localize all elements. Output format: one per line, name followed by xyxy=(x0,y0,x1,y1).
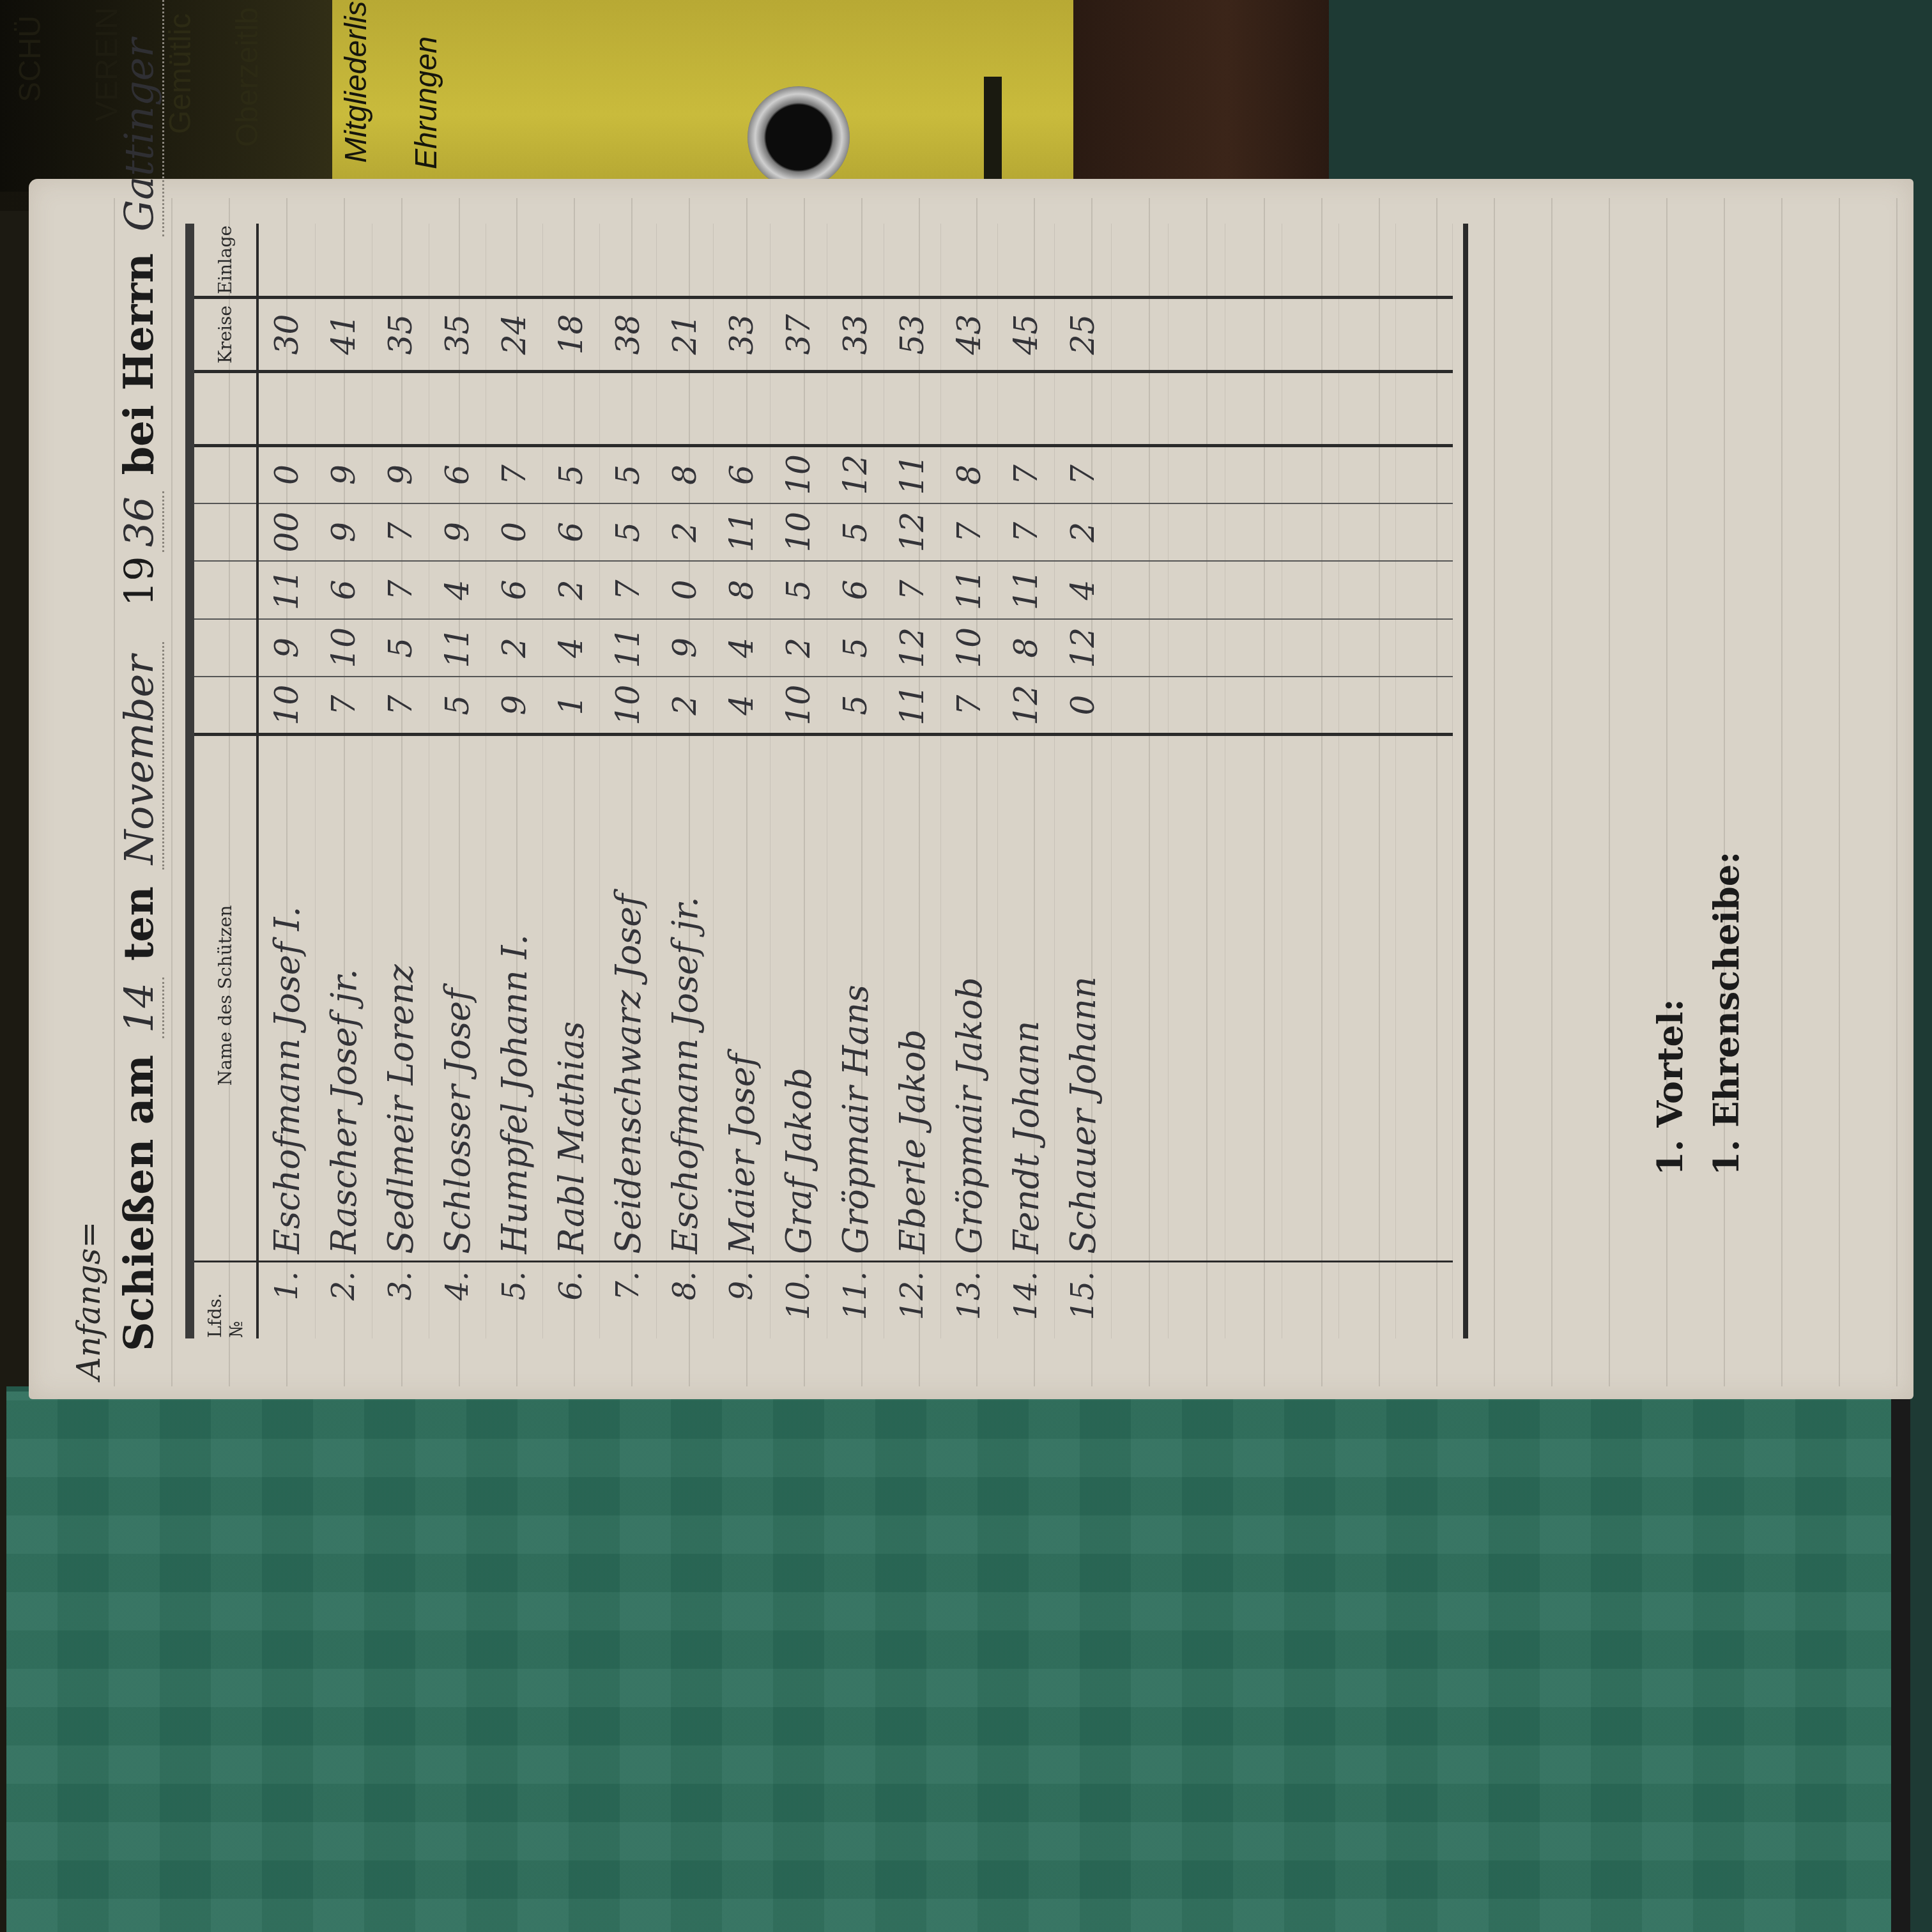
title-year-prefix: 19 xyxy=(116,556,162,606)
shooter-name: Humpfel Johann I. xyxy=(486,735,543,1262)
shot-score: 5 xyxy=(372,619,429,677)
title-day: 14 xyxy=(116,977,164,1038)
blank-cell xyxy=(372,371,429,445)
table-row: 2. Rascher Josef jr. 7 10 6 9 9 41 xyxy=(316,224,372,1338)
table-row: 11. Gröpmair Hans 5 5 6 5 12 33 xyxy=(827,224,884,1338)
shot-score: 10 xyxy=(770,503,827,562)
empty-row xyxy=(1169,224,1225,1338)
blank-cell xyxy=(429,371,486,445)
shot-score: 10 xyxy=(770,445,827,503)
einlage xyxy=(316,224,372,298)
table-bottom-rule xyxy=(1463,224,1468,1338)
summary-section: 1. Vortel: 1. Ehrenscheibe: xyxy=(1642,852,1754,1176)
binder-ring-hole-icon xyxy=(747,86,850,188)
shot-score: 00 xyxy=(257,503,316,562)
shot-score: 4 xyxy=(1055,561,1112,619)
row-number: 2. xyxy=(316,1261,372,1338)
shot-score: 5 xyxy=(827,619,884,677)
total-kreise: 43 xyxy=(941,298,998,372)
shot-score: 7 xyxy=(372,503,429,562)
blank-cell xyxy=(316,371,372,445)
shot-score: 10 xyxy=(316,619,372,677)
title-year-suffix: 36 xyxy=(116,491,164,552)
shot-score: 7 xyxy=(941,677,998,735)
shot-score: 7 xyxy=(998,503,1055,562)
shot-score: 9 xyxy=(316,503,372,562)
shooter-name: Seidenschwarz Josef xyxy=(600,735,657,1262)
blank-cell xyxy=(486,371,543,445)
shot-score: 11 xyxy=(714,503,770,562)
score-sheet: Anfangs= Schießen am 14 ten November 19 … xyxy=(57,198,1910,1386)
shot-score: 6 xyxy=(714,445,770,503)
row-number: 1. xyxy=(257,1261,316,1338)
binder-label: Oberzeitlb xyxy=(230,7,265,147)
shot-score: 11 xyxy=(884,445,941,503)
shot-score: 6 xyxy=(827,561,884,619)
shooter-name: Schlosser Josef xyxy=(429,735,486,1262)
empty-row xyxy=(1282,224,1339,1338)
shot-score: 9 xyxy=(657,619,714,677)
book-cover xyxy=(6,1386,1907,1932)
title-host-prefix: bei Herrn xyxy=(115,253,163,475)
shot-score: 6 xyxy=(486,561,543,619)
table-row: 14. Fendt Johann 12 8 11 7 7 45 xyxy=(998,224,1055,1338)
column-header-nr: Lfds. № xyxy=(190,1261,257,1338)
shot-score: 7 xyxy=(1055,445,1112,503)
shot-score: 0 xyxy=(486,503,543,562)
table-row: 5. Humpfel Johann I. 9 2 6 0 7 24 xyxy=(486,224,543,1338)
shooter-name: Fendt Johann xyxy=(998,735,1055,1262)
shot-score: 2 xyxy=(657,677,714,735)
binder-yellow xyxy=(332,0,1080,192)
empty-row xyxy=(1339,224,1396,1338)
title-host: Gattinger xyxy=(116,0,164,236)
shot-score: 9 xyxy=(316,445,372,503)
einlage xyxy=(543,224,600,298)
shot-score: 2 xyxy=(657,503,714,562)
table-row: 8. Eschofmann Josef jr. 2 9 0 2 8 21 xyxy=(657,224,714,1338)
shot-score: 11 xyxy=(998,561,1055,619)
shot-score: 7 xyxy=(600,561,657,619)
blank-cell xyxy=(998,371,1055,445)
shot-score: 6 xyxy=(429,445,486,503)
row-number: 6. xyxy=(543,1261,600,1338)
total-kreise: 38 xyxy=(600,298,657,372)
shot-score: 2 xyxy=(770,619,827,677)
table-row: 7. Seidenschwarz Josef 10 11 7 5 5 38 xyxy=(600,224,657,1338)
empty-row xyxy=(1112,224,1169,1338)
column-header-name: Name des Schützen xyxy=(190,735,257,1262)
shot-score: 2 xyxy=(1055,503,1112,562)
shot-score: 4 xyxy=(543,619,600,677)
total-kreise: 21 xyxy=(657,298,714,372)
shot-score: 0 xyxy=(1055,677,1112,735)
blank-cell xyxy=(714,371,770,445)
total-kreise: 35 xyxy=(372,298,429,372)
shooter-name: Sedlmeir Lorenz xyxy=(372,735,429,1262)
column-header-shot xyxy=(190,677,257,735)
shot-score: 7 xyxy=(998,445,1055,503)
column-header-shot xyxy=(190,503,257,562)
title-day-suffix: ten xyxy=(115,886,163,961)
ehrenscheibe-label: 1. Ehrenscheibe: xyxy=(1698,852,1754,1176)
total-kreise: 53 xyxy=(884,298,941,372)
binder-stripe xyxy=(984,77,1002,192)
shot-score: 7 xyxy=(941,503,998,562)
shot-score: 11 xyxy=(941,561,998,619)
teal-surface-edge xyxy=(1910,192,1932,1932)
row-number: 4. xyxy=(429,1261,486,1338)
empty-row xyxy=(1225,224,1282,1338)
total-kreise: 35 xyxy=(429,298,486,372)
blank-cell xyxy=(941,371,998,445)
shot-score: 7 xyxy=(486,445,543,503)
shot-score: 5 xyxy=(600,503,657,562)
shot-score: 8 xyxy=(714,561,770,619)
shot-score: 5 xyxy=(827,503,884,562)
shot-score: 5 xyxy=(543,445,600,503)
einlage xyxy=(657,224,714,298)
einlage xyxy=(770,224,827,298)
einlage xyxy=(827,224,884,298)
binder-label: Mitgliederlis xyxy=(339,1,374,163)
vortel-label: 1. Vortel: xyxy=(1642,852,1698,1176)
book-cover-edge xyxy=(1891,1386,1910,1932)
shot-score: 7 xyxy=(316,677,372,735)
shooter-name: Rabl Mathias xyxy=(543,735,600,1262)
column-header-shot xyxy=(190,445,257,503)
shot-score: 1 xyxy=(543,677,600,735)
blank-cell xyxy=(543,371,600,445)
shot-score: 11 xyxy=(600,619,657,677)
column-header-einlage: Einlage xyxy=(190,224,257,298)
row-number: 15. xyxy=(1055,1261,1112,1338)
row-number: 14. xyxy=(998,1261,1055,1338)
row-number: 12. xyxy=(884,1261,941,1338)
column-header-kreise: Kreise xyxy=(190,298,257,372)
shooter-name: Schauer Johann xyxy=(1055,735,1112,1262)
shot-score: 0 xyxy=(257,445,316,503)
shot-score: 12 xyxy=(1055,619,1112,677)
shooter-name: Gröpmair Hans xyxy=(827,735,884,1262)
shot-score: 12 xyxy=(884,503,941,562)
shot-score: 10 xyxy=(941,619,998,677)
shot-score: 11 xyxy=(257,561,316,619)
einlage xyxy=(884,224,941,298)
blank-cell xyxy=(770,371,827,445)
binder-label: Gemütlic xyxy=(163,13,198,134)
row-number: 7. xyxy=(600,1261,657,1338)
table-header: Lfds. № Name des Schützen Kreise Einlage xyxy=(190,224,257,1338)
row-number: 9. xyxy=(714,1261,770,1338)
total-kreise: 25 xyxy=(1055,298,1112,372)
table-row: 9. Maier Josef 4 4 8 11 6 33 xyxy=(714,224,770,1338)
shooter-name: Gröpmair Jakob xyxy=(941,735,998,1262)
einlage xyxy=(372,224,429,298)
handwritten-annotation: Anfangs= xyxy=(70,1222,107,1380)
column-header-blank xyxy=(190,371,257,445)
shot-score: 8 xyxy=(941,445,998,503)
row-number: 11. xyxy=(827,1261,884,1338)
shot-score: 2 xyxy=(486,619,543,677)
shot-score: 4 xyxy=(714,677,770,735)
shot-score: 0 xyxy=(657,561,714,619)
shot-score: 7 xyxy=(372,561,429,619)
table-row: 12. Eberle Jakob 11 12 7 12 11 53 xyxy=(884,224,941,1338)
shot-score: 9 xyxy=(257,619,316,677)
row-number: 5. xyxy=(486,1261,543,1338)
total-kreise: 30 xyxy=(257,298,316,372)
shot-score: 5 xyxy=(600,445,657,503)
sheet-title: Schießen am 14 ten November 19 36 bei He… xyxy=(115,201,179,1351)
total-kreise: 18 xyxy=(543,298,600,372)
einlage xyxy=(486,224,543,298)
binder-label: SCHÜ xyxy=(13,15,48,102)
shot-score: 12 xyxy=(827,445,884,503)
shot-score: 5 xyxy=(770,561,827,619)
empty-row xyxy=(1396,224,1453,1338)
blank-cell xyxy=(657,371,714,445)
einlage xyxy=(941,224,998,298)
wooden-shelf xyxy=(1073,0,1329,192)
einlage xyxy=(1055,224,1112,298)
table-row: 1. Eschofmann Josef I. 10 9 11 00 0 30 xyxy=(257,224,316,1338)
total-kreise: 45 xyxy=(998,298,1055,372)
shot-score: 9 xyxy=(372,445,429,503)
einlage xyxy=(714,224,770,298)
shot-score: 10 xyxy=(770,677,827,735)
shot-score: 6 xyxy=(316,561,372,619)
shooter-name: Eberle Jakob xyxy=(884,735,941,1262)
einlage xyxy=(998,224,1055,298)
shot-score: 6 xyxy=(543,503,600,562)
shot-score: 4 xyxy=(429,561,486,619)
shot-score: 7 xyxy=(372,677,429,735)
shot-score: 10 xyxy=(600,677,657,735)
shot-score: 8 xyxy=(998,619,1055,677)
shooter-name: Eschofmann Josef jr. xyxy=(657,735,714,1262)
shot-score: 9 xyxy=(429,503,486,562)
total-kreise: 33 xyxy=(714,298,770,372)
blank-cell xyxy=(600,371,657,445)
shot-score: 11 xyxy=(884,677,941,735)
shot-score: 12 xyxy=(884,619,941,677)
blank-cell xyxy=(257,371,316,445)
blank-cell xyxy=(1055,371,1112,445)
score-table: Lfds. № Name des Schützen Kreise Einlage… xyxy=(185,224,1453,1338)
shot-score: 11 xyxy=(429,619,486,677)
row-number: 3. xyxy=(372,1261,429,1338)
table-row: 15. Schauer Johann 0 12 4 2 7 25 xyxy=(1055,224,1112,1338)
table-row: 3. Sedlmeir Lorenz 7 5 7 7 9 35 xyxy=(372,224,429,1338)
shooter-name: Eschofmann Josef I. xyxy=(257,735,316,1262)
total-kreise: 24 xyxy=(486,298,543,372)
total-kreise: 41 xyxy=(316,298,372,372)
shot-score: 9 xyxy=(486,677,543,735)
einlage xyxy=(429,224,486,298)
title-prefix: Schießen am xyxy=(115,1055,163,1351)
table-row: 4. Schlosser Josef 5 11 4 9 6 35 xyxy=(429,224,486,1338)
column-header-shot xyxy=(190,561,257,619)
blank-cell xyxy=(827,371,884,445)
shooter-name: Graf Jakob xyxy=(770,735,827,1262)
shot-score: 8 xyxy=(657,445,714,503)
shot-score: 7 xyxy=(884,561,941,619)
shot-score: 12 xyxy=(998,677,1055,735)
binder-label: Ehrungen xyxy=(409,36,444,169)
shot-score: 5 xyxy=(827,677,884,735)
blank-cell xyxy=(884,371,941,445)
table-row: 10. Graf Jakob 10 2 5 10 10 37 xyxy=(770,224,827,1338)
column-header-shot xyxy=(190,619,257,677)
shooter-name: Maier Josef xyxy=(714,735,770,1262)
title-month: November xyxy=(116,642,164,870)
total-kreise: 33 xyxy=(827,298,884,372)
row-number: 13. xyxy=(941,1261,998,1338)
shooter-name: Rascher Josef jr. xyxy=(316,735,372,1262)
total-kreise: 37 xyxy=(770,298,827,372)
table-row: 6. Rabl Mathias 1 4 2 6 5 18 xyxy=(543,224,600,1338)
shot-score: 4 xyxy=(714,619,770,677)
shot-score: 10 xyxy=(257,677,316,735)
teal-shelf xyxy=(1329,0,1932,192)
shot-score: 5 xyxy=(429,677,486,735)
einlage xyxy=(257,224,316,298)
shot-score: 2 xyxy=(543,561,600,619)
row-number: 10. xyxy=(770,1261,827,1338)
einlage xyxy=(600,224,657,298)
table-row: 13. Gröpmair Jakob 7 10 11 7 8 43 xyxy=(941,224,998,1338)
row-number: 8. xyxy=(657,1261,714,1338)
